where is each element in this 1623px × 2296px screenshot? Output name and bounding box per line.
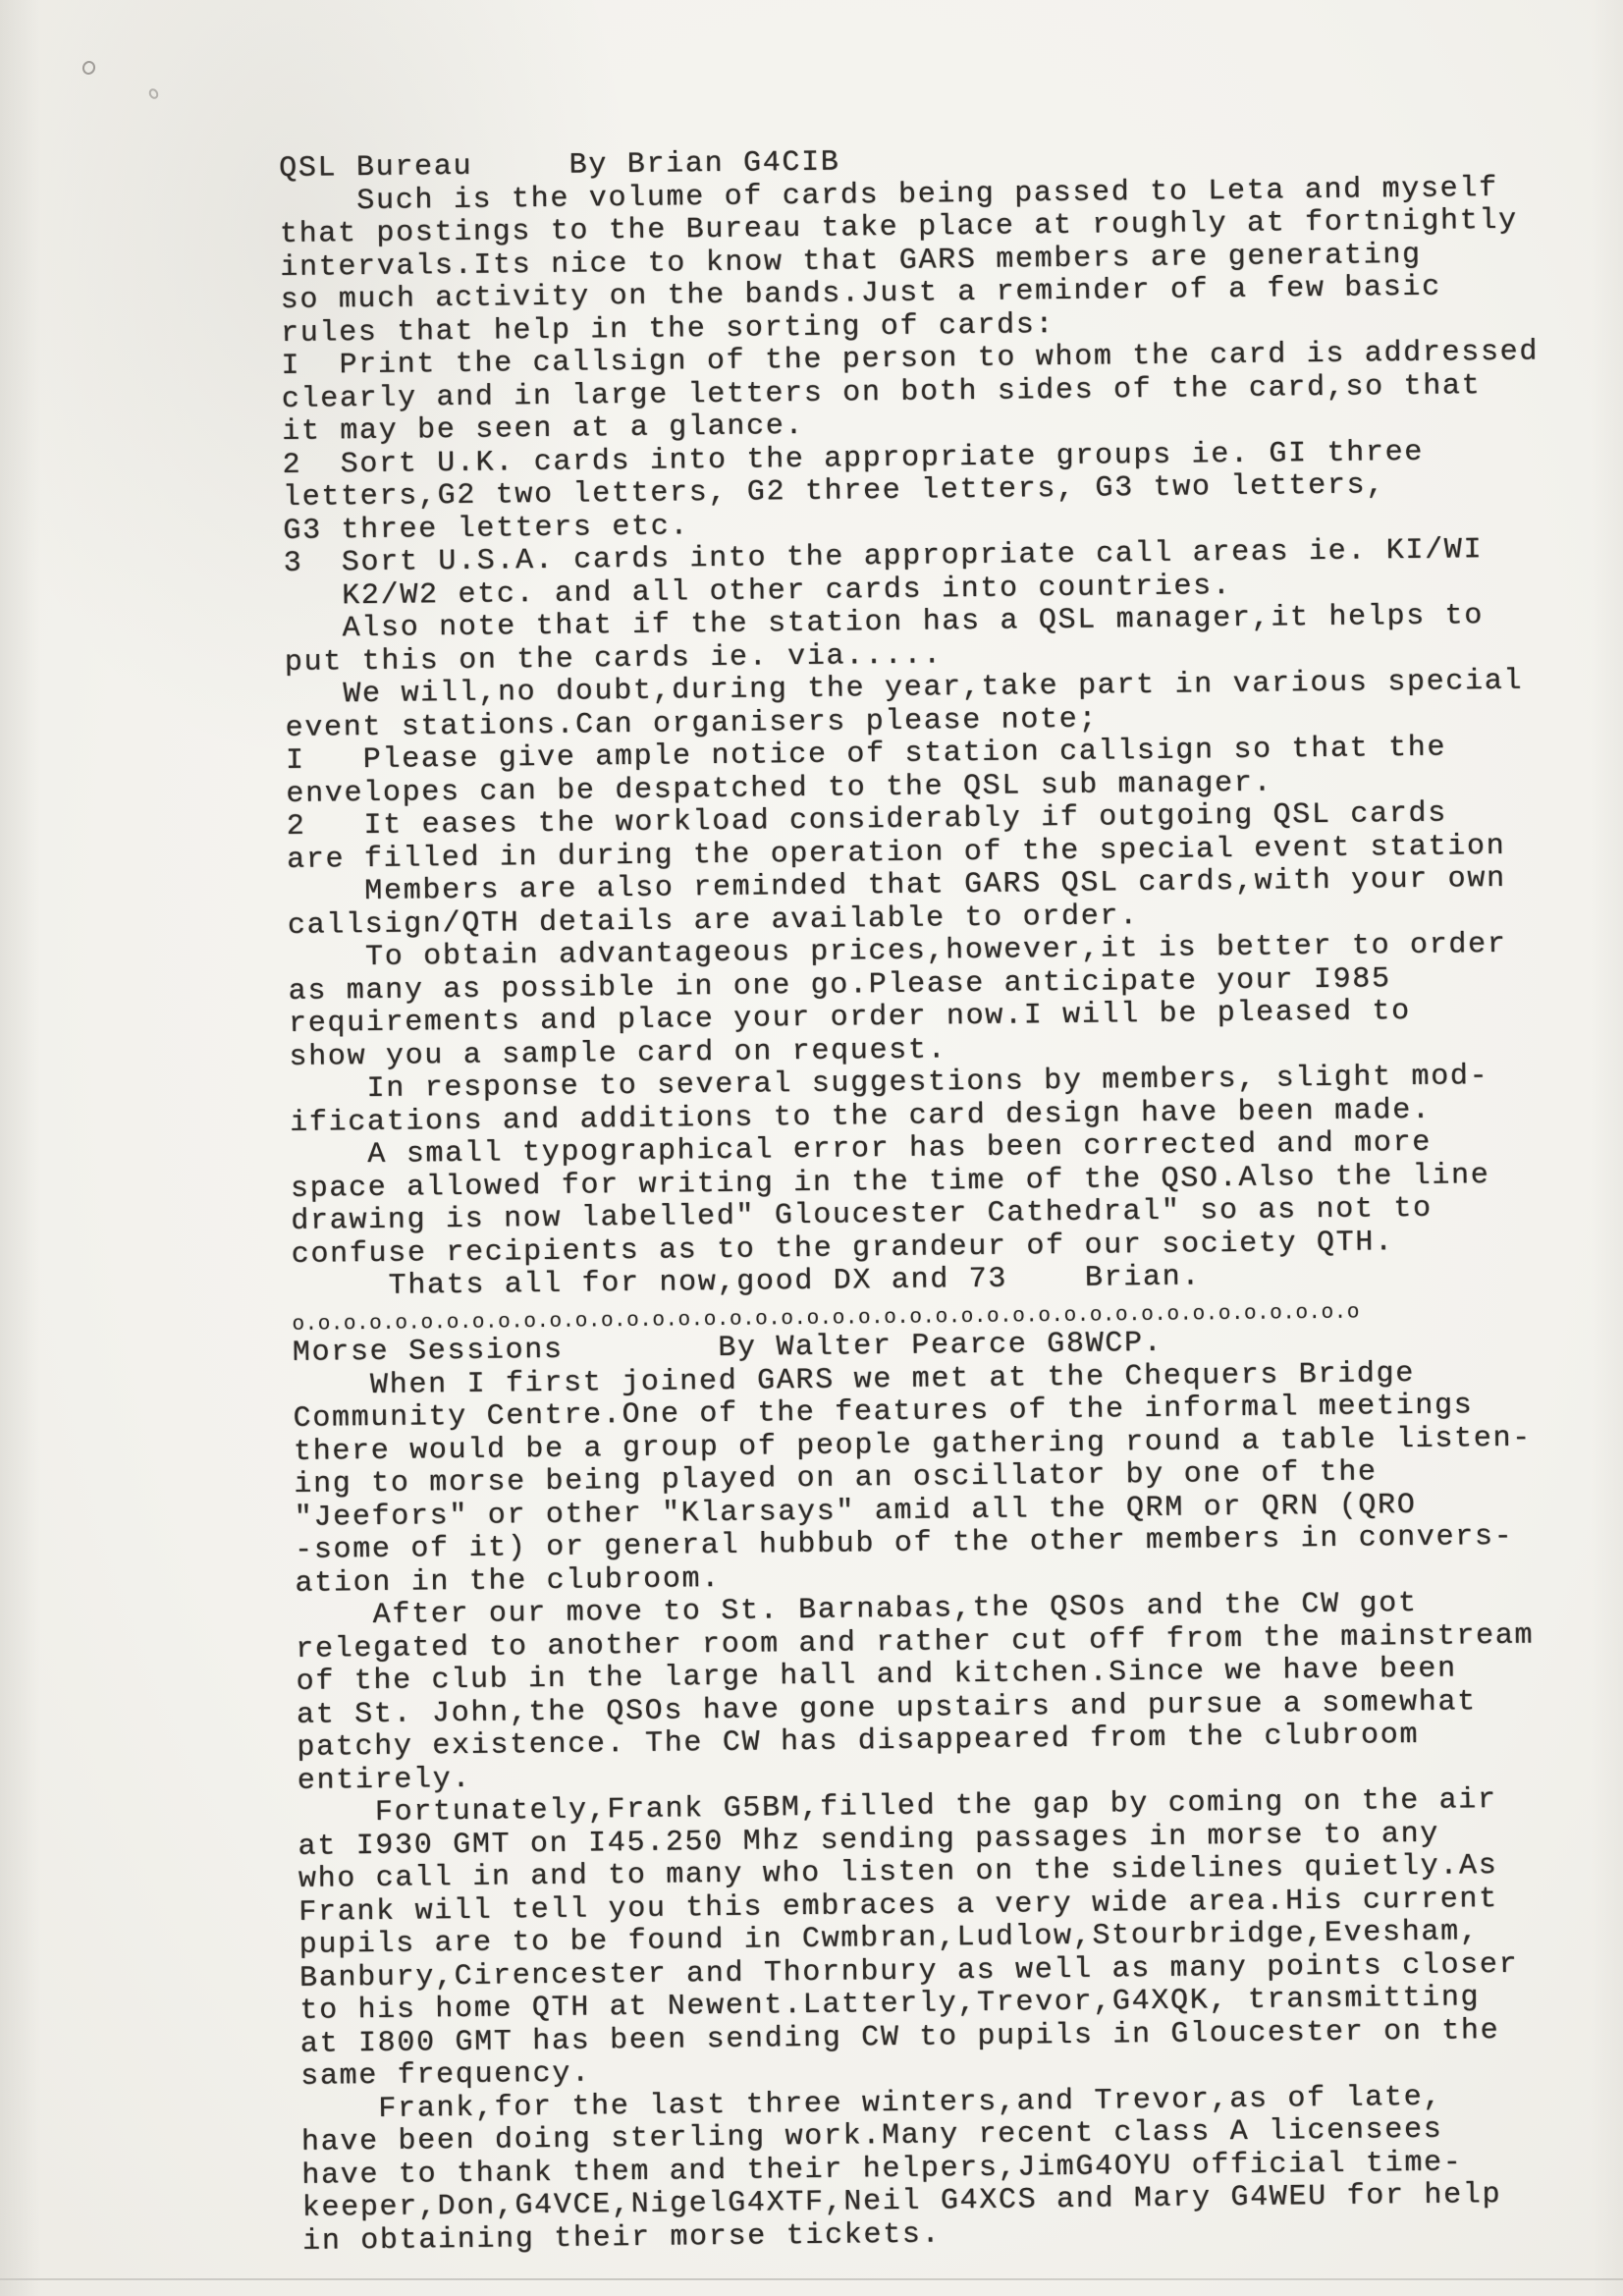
document-text: QSL Bureau By Brian G4CIB Such is the vo… — [279, 138, 1598, 2259]
scanned-newsletter-page: { "page": { "paper_color": "#f3f2ed", "i… — [0, 0, 1623, 2296]
scan-edge-line — [0, 2278, 1623, 2280]
